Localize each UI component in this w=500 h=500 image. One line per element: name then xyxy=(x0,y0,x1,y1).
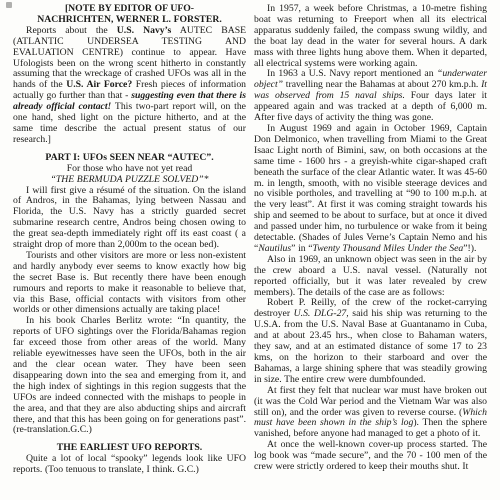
editor-note-paragraph: Reports about the U.S. Navy’s AUTEC BASE… xyxy=(13,26,246,146)
text-segment: For those who have not yet read xyxy=(67,163,193,174)
text-segment: In 1963 a U.S. Navy report mentioned an xyxy=(267,68,437,79)
text-segment: Tourists and other visitors are more or … xyxy=(13,250,246,316)
nuclear-war-paragraph: At first they felt that nuclear war must… xyxy=(254,386,487,441)
reilly-paragraph: Robert P. Reilly, of the crew of the roc… xyxy=(254,298,487,385)
text-segment: Reports about the xyxy=(26,25,117,36)
right-column: In 1957, a week before Christmas, a 10-m… xyxy=(254,4,487,476)
text-segment: At first they felt that nuclear war must… xyxy=(254,385,487,418)
two-column-layout: [NOTE BY EDITOR OF UFO- NACHRICHTEN, WER… xyxy=(0,0,500,476)
text-segment: Quite a lot of local “spooky” legends lo… xyxy=(13,453,246,475)
delmonico-1969-paragraph: In August 1969 and again in October 1969… xyxy=(254,124,487,255)
text-segment: U.S. Navy’s xyxy=(117,25,172,36)
text-segment: travelling near the Bahamas at about 270… xyxy=(283,79,481,90)
text-segment: In his book Charles Berlitz wrote: “In q… xyxy=(13,315,246,435)
text-segment: Nautilus xyxy=(258,243,291,254)
left-column: [NOTE BY EDITOR OF UFO- NACHRICHTEN, WER… xyxy=(13,4,246,476)
document-page: [NOTE BY EDITOR OF UFO- NACHRICHTEN, WER… xyxy=(0,0,500,500)
text-segment: At once the well-known cover-up process … xyxy=(254,439,487,472)
text-segment: Also in 1969, an unknown object was seen… xyxy=(254,254,487,298)
scan-artifact-corner-mark xyxy=(6,2,12,8)
text-segment: In August 1969 and again in October 1969… xyxy=(254,123,487,254)
tourists-paragraph: Tourists and other visitors are more or … xyxy=(13,251,246,316)
text-segment: U.S. Air Force? xyxy=(66,79,132,90)
text-segment: U.S. DLG-27, xyxy=(294,308,349,319)
navy-1963-paragraph: In 1963 a U.S. Navy report mentioned an … xyxy=(254,69,487,124)
spooky-legends-paragraph: Quite a lot of local “spooky” legends lo… xyxy=(13,454,246,476)
andros-situation-paragraph: I will first give a résumé of the situat… xyxy=(13,186,246,251)
text-segment: THE EARLIEST UFO REPORTS. xyxy=(57,442,202,453)
text-segment: ” in “ xyxy=(291,243,312,254)
berlitz-quote-paragraph: In his book Charles Berlitz wrote: “In q… xyxy=(13,316,246,436)
text-segment: [NOTE BY EDITOR OF UFO- NACHRICHTEN, WER… xyxy=(37,3,222,25)
text-segment: In 1957, a week before Christmas, a 10-m… xyxy=(254,3,487,69)
text-segment: PART I: UFOs SEEN NEAR “AUTEC”. xyxy=(45,152,213,163)
naval-vessel-1969-paragraph: Also in 1969, an unknown object was seen… xyxy=(254,255,487,299)
text-segment: Twenty Thousand Miles Under the Sea xyxy=(313,243,464,254)
cover-up-paragraph: At once the well-known cover-up process … xyxy=(254,440,487,473)
text-segment: I will first give a résumé of the situat… xyxy=(13,185,246,251)
text-segment: ”!). xyxy=(463,243,476,254)
text-segment: said his ship was returning to the U.S.A… xyxy=(254,308,487,384)
freeport-1957-paragraph: In 1957, a week before Christmas, a 10-m… xyxy=(254,4,487,69)
text-segment: “THE BERMUDA PUZZLE SOLVED”* xyxy=(50,174,208,185)
editor-note-heading: [NOTE BY EDITOR OF UFO- NACHRICHTEN, WER… xyxy=(13,4,246,26)
